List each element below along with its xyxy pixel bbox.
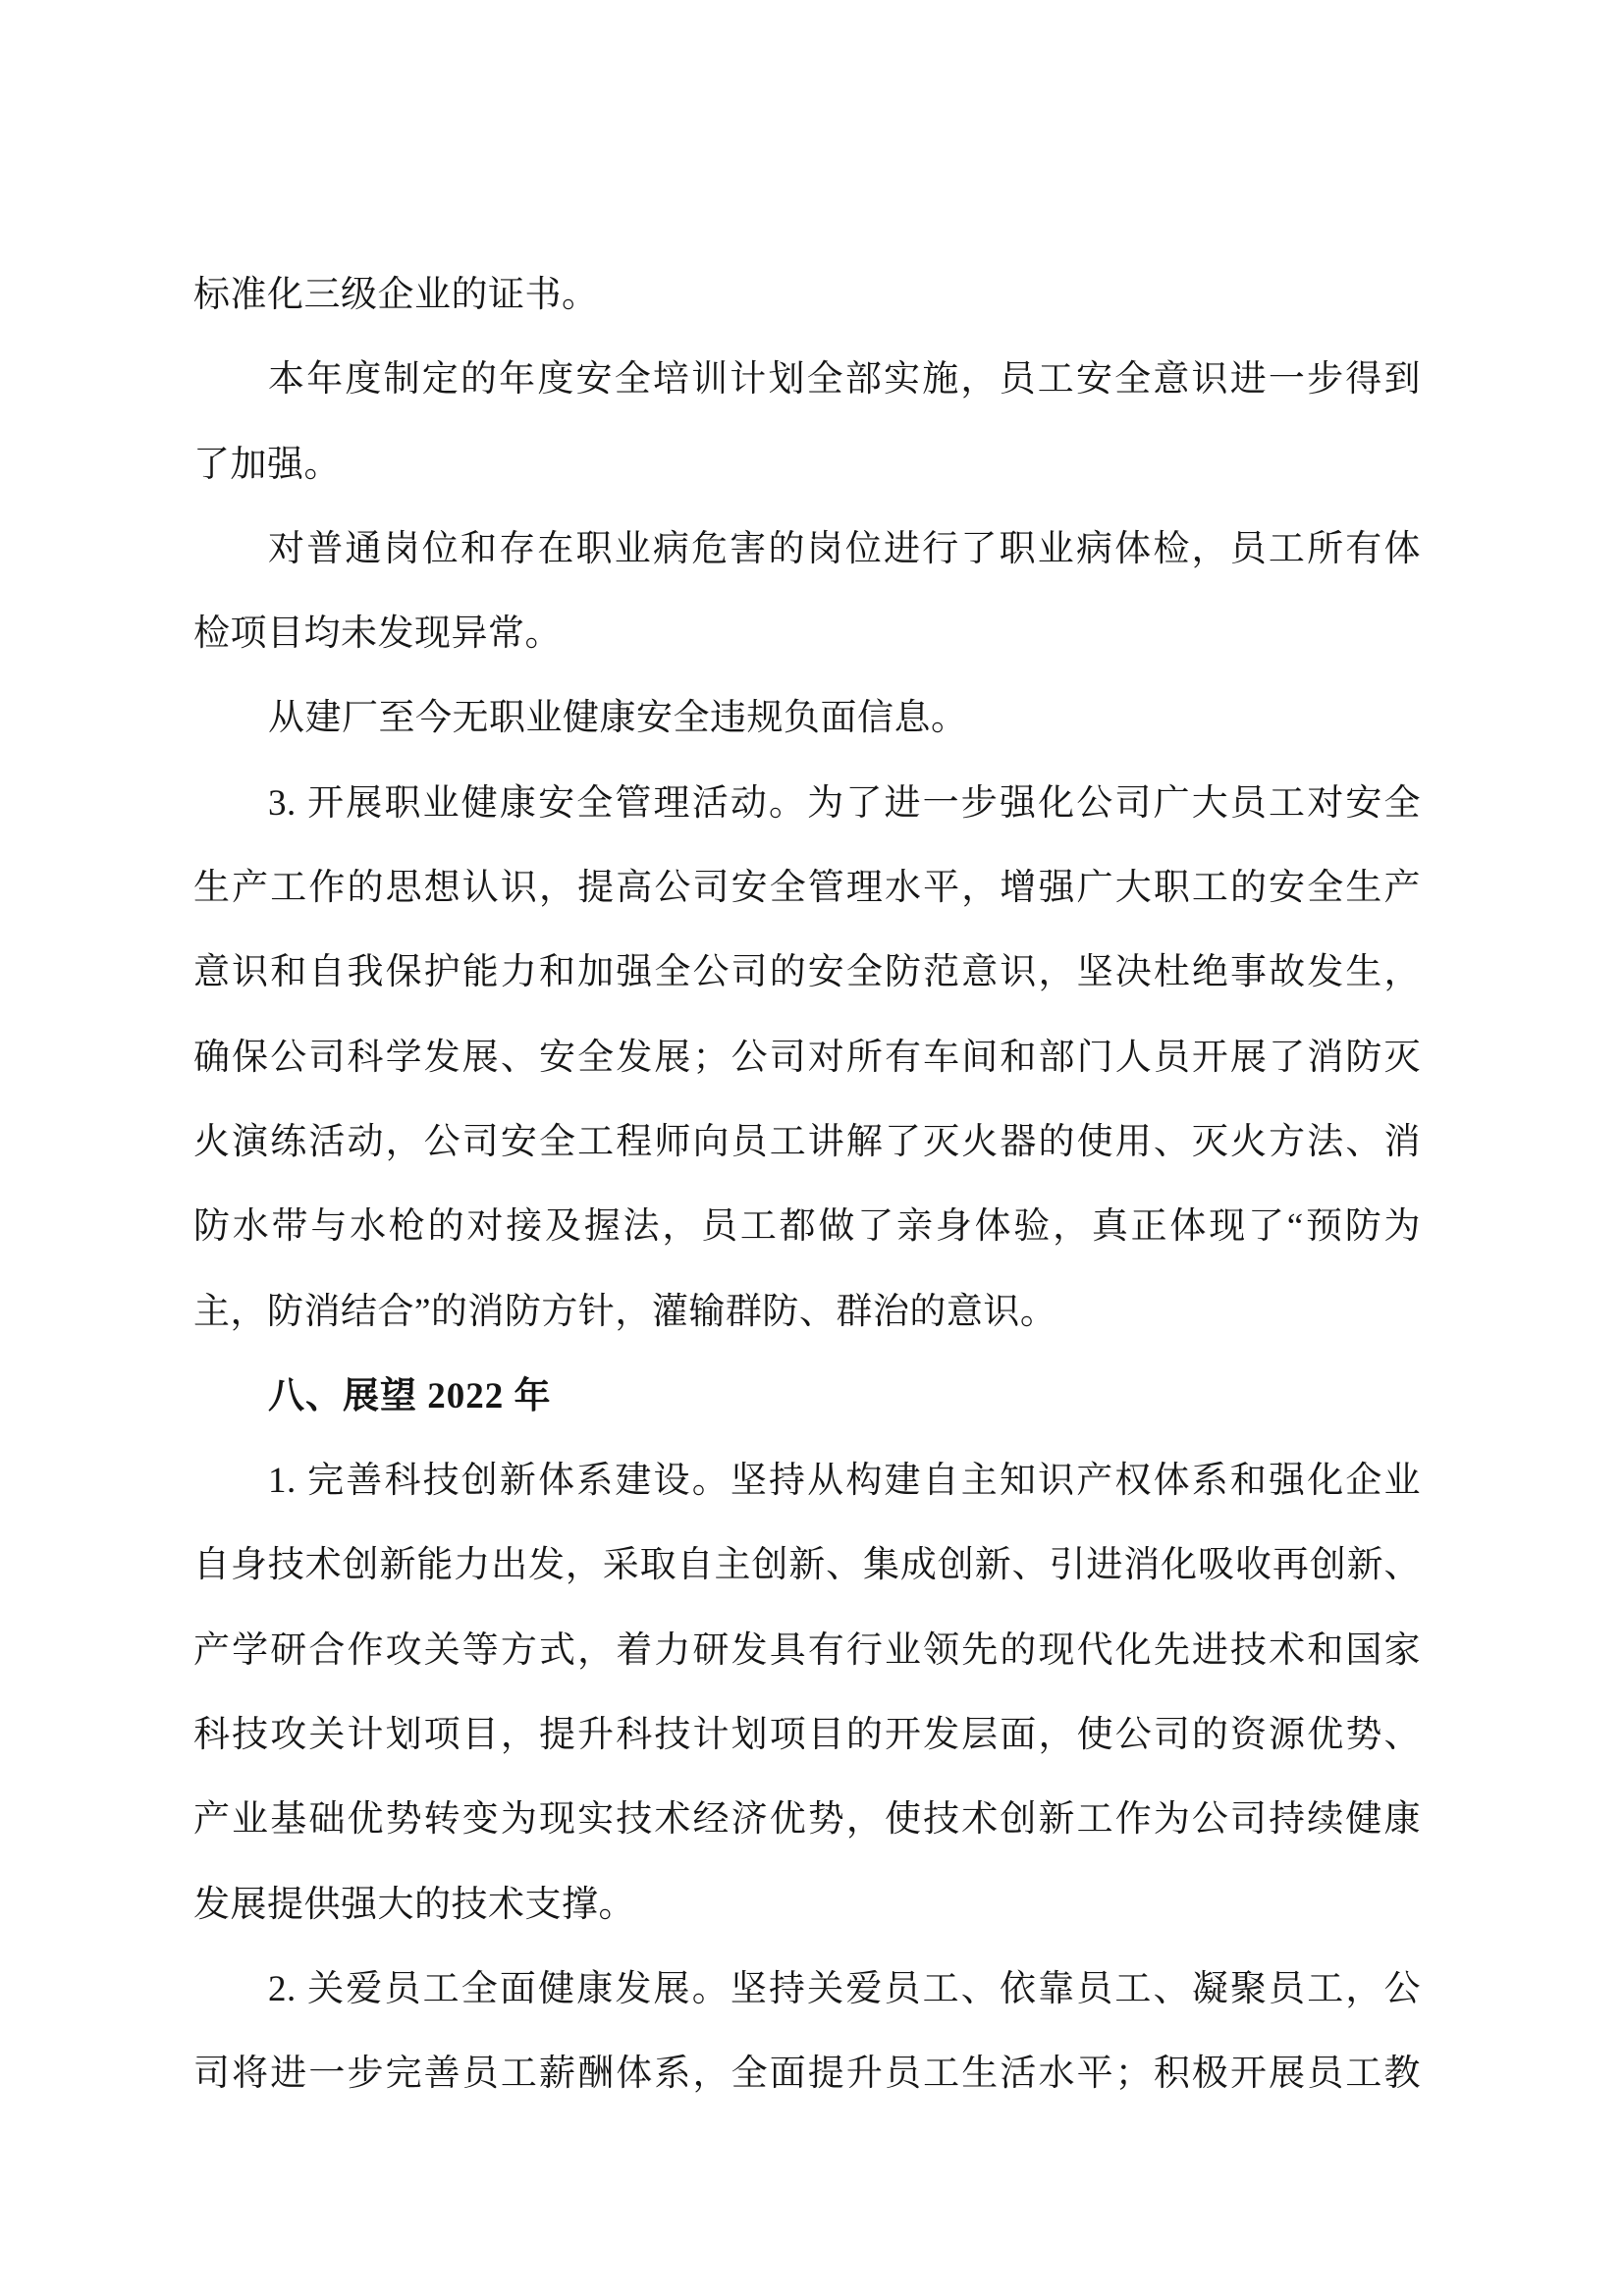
text-line: 意识和自我保护能力和加强全公司的安全防范意识，坚决杜绝事故发生， — [193, 931, 1421, 1015]
document-body: 标准化三级企业的证书。本年度制定的年度安全培训计划全部实施，员工安全意识进一步得… — [193, 253, 1421, 2117]
text-line: 生产工作的思想认识，提高公司安全管理水平，增强广大职工的安全生产 — [193, 846, 1421, 931]
text-line: 科技攻关计划项目，提升科技计划项目的开发层面，使公司的资源优势、 — [193, 1693, 1421, 1778]
text-line: 了加强。 — [193, 423, 1421, 507]
paragraph: 3. 开展职业健康安全管理活动。为了进一步强化公司广大员工对安全生产工作的思想认… — [193, 762, 1421, 1355]
text-line: 火演练活动，公司安全工程师向员工讲解了灭火器的使用、灭火方法、消 — [193, 1100, 1421, 1185]
paragraph: 2. 关爱员工全面健康发展。坚持关爱员工、依靠员工、凝聚员工，公司将进一步完善员… — [193, 1948, 1421, 2117]
document-page: 标准化三级企业的证书。本年度制定的年度安全培训计划全部实施，员工安全意识进一步得… — [0, 0, 1624, 2296]
heading-line: 八、展望 2022 年 — [193, 1355, 1421, 1439]
paragraph: 本年度制定的年度安全培训计划全部实施，员工安全意识进一步得到了加强。 — [193, 338, 1421, 507]
text-line: 主，防消结合”的消防方针，灌输群防、群治的意识。 — [193, 1270, 1421, 1355]
text-line: 1. 完善科技创新体系建设。坚持从构建自主知识产权体系和强化企业 — [193, 1439, 1421, 1523]
paragraph: 1. 完善科技创新体系建设。坚持从构建自主知识产权体系和强化企业自身技术创新能力… — [193, 1439, 1421, 1948]
text-line: 对普通岗位和存在职业病危害的岗位进行了职业病体检，员工所有体 — [193, 507, 1421, 592]
text-line: 确保公司科学发展、安全发展；公司对所有车间和部门人员开展了消防灭 — [193, 1016, 1421, 1100]
text-line: 2. 关爱员工全面健康发展。坚持关爱员工、依靠员工、凝聚员工，公 — [193, 1948, 1421, 2032]
section-heading: 八、展望 2022 年 — [193, 1355, 1421, 1439]
text-line: 司将进一步完善员工薪酬体系，全面提升员工生活水平；积极开展员工教 — [193, 2032, 1421, 2116]
text-line: 产业基础优势转变为现实技术经济优势，使技术创新工作为公司持续健康 — [193, 1778, 1421, 1862]
text-line: 标准化三级企业的证书。 — [193, 253, 1421, 338]
text-line: 3. 开展职业健康安全管理活动。为了进一步强化公司广大员工对安全 — [193, 762, 1421, 846]
text-line: 产学研合作攻关等方式，着力研发具有行业领先的现代化先进技术和国家 — [193, 1609, 1421, 1693]
text-line: 自身技术创新能力出发，采取自主创新、集成创新、引进消化吸收再创新、 — [193, 1523, 1421, 1608]
paragraph: 从建厂至今无职业健康安全违规负面信息。 — [193, 676, 1421, 761]
text-line: 防水带与水枪的对接及握法，员工都做了亲身体验，真正体现了“预防为 — [193, 1185, 1421, 1269]
paragraph: 标准化三级企业的证书。 — [193, 253, 1421, 338]
text-line: 从建厂至今无职业健康安全违规负面信息。 — [193, 676, 1421, 761]
text-line: 本年度制定的年度安全培训计划全部实施，员工安全意识进一步得到 — [193, 338, 1421, 422]
paragraph: 对普通岗位和存在职业病危害的岗位进行了职业病体检，员工所有体检项目均未发现异常。 — [193, 507, 1421, 677]
text-line: 发展提供强大的技术支撑。 — [193, 1863, 1421, 1948]
text-line: 检项目均未发现异常。 — [193, 592, 1421, 676]
